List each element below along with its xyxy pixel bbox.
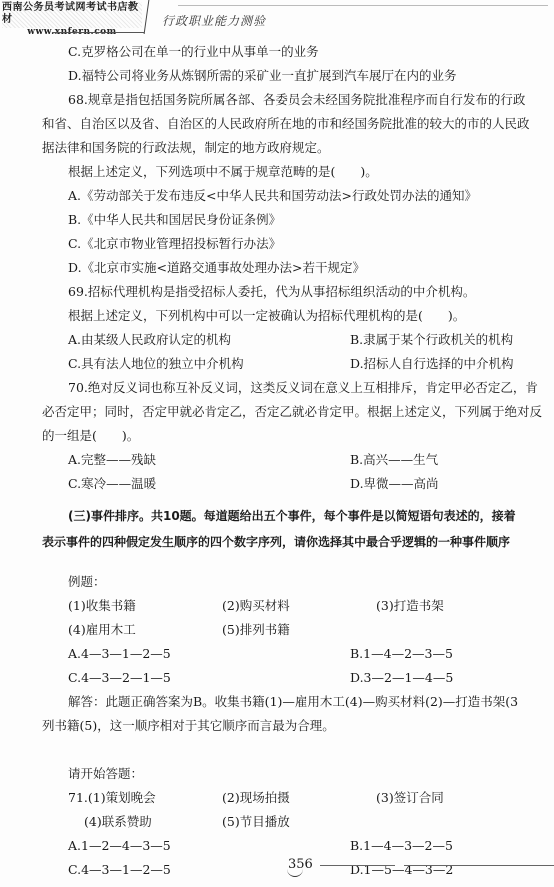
header-divider <box>144 0 150 34</box>
text-line: 71.(1)策划晚会 <box>68 790 156 806</box>
text-line: B.《中华人民共和国居民身份证条例》 <box>68 212 281 228</box>
book-title: 行政职业能力测验 <box>162 12 266 29</box>
text-line: 据法律和国务院的行政法规，制定的地方政府规定。 <box>42 140 330 156</box>
text-line: C.寒冷——温暖 <box>68 476 156 492</box>
text-line: (4)雇用木工 <box>68 622 136 638</box>
text-line: B.隶属于某个行政机关的机构 <box>350 332 513 348</box>
text-line: 70.绝对反义词也称互补反义词，这类反义词在意义上互相排斥，肯定甲必否定乙，肯 <box>68 380 538 396</box>
text-line: C.具有法人地位的独立中介机构 <box>68 356 244 372</box>
text-line: (2)购买材料 <box>222 598 290 614</box>
page-number-flourish <box>287 864 303 877</box>
publisher-stamp: 西南公务员考试网考试书店教材 www.xnfern.com <box>2 2 142 28</box>
footer-rule <box>320 865 395 866</box>
text-line: (5)节目播放 <box>222 814 290 830</box>
text-line: D.3—2—1—4—5 <box>350 670 453 686</box>
text-line: A.《劳动部关于发布违反<中华人民共和国劳动法>行政处罚办法的通知》 <box>68 188 477 204</box>
text-line: D.卑微——高尚 <box>350 476 439 492</box>
header-underline <box>52 32 144 33</box>
text-line: 的一组是( )。 <box>42 428 139 444</box>
page-footer: 356 <box>0 850 554 887</box>
page-header: 西南公务员考试网考试书店教材 www.xnfern.com 行政职业能力测验 <box>0 0 554 38</box>
text-line: A.完整——残缺 <box>68 452 156 468</box>
text-line: 例题： <box>68 574 106 590</box>
text-line: (3)打造书架 <box>376 598 444 614</box>
text-line: (5)排列书籍 <box>222 622 290 638</box>
section-heading-line: 表示事件的四种假定发生顺序的四个数字序列，请你选择其中最合乎逻辑的一种事件顺序 <box>42 534 510 550</box>
text-line: C.4—3—2—1—5 <box>68 670 171 686</box>
text-line: D.福特公司将业务从炼钢所需的采矿业一直扩展到汽车展厅在内的业务 <box>68 68 457 84</box>
text-line: 列书籍(5)，这一顺序相对于其它顺序而言最为合理。 <box>42 718 335 734</box>
text-line: D.招标人自行选择的中介机构 <box>350 356 514 372</box>
text-line: B.高兴——生气 <box>350 452 438 468</box>
text-line: C.克罗格公司在单一的行业中从事单一的业务 <box>68 44 319 60</box>
text-line: 根据上述定义，下列机构中可以一定被确认为招标代理机构的是( )。 <box>68 308 465 324</box>
text-line: B.1—4—2—3—5 <box>350 646 453 662</box>
text-line: 请开始答题： <box>68 766 143 782</box>
text-line: 必否定甲；同时，否定甲就必肯定乙，否定乙就必肯定甲。根据上述定义，下列属于绝对反 <box>42 404 542 420</box>
text-line: (4)联系赞助 <box>84 814 152 830</box>
text-line: (1)收集书籍 <box>68 598 136 614</box>
text-line: (3)签订合同 <box>376 790 444 806</box>
text-line: (2)现场拍摄 <box>222 790 290 806</box>
text-line: 根据上述定义，下列选项中不属于规章范畴的是( )。 <box>68 164 378 180</box>
text-line: 69.招标代理机构是指受招标人委托，代为从事招标组织活动的中介机构。 <box>68 284 475 300</box>
stamp-line-1: 西南公务员考试网考试书店教材 <box>2 2 142 26</box>
header-rule <box>178 5 548 6</box>
text-line: 解答：此题正确答案为B。收集书籍(1)—雇用木工(4)—购买材料(2)—打造书架… <box>68 694 518 710</box>
section-heading-line: (三)事件排序。共10题。每道题给出五个事件，每个事件是以简短语句表述的，接着 <box>68 508 516 524</box>
footer-rule <box>404 865 554 866</box>
text-line: A.4—3—1—2—5 <box>68 646 171 662</box>
text-line: D.《北京市实施<道路交通事故处理办法>若干规定》 <box>68 260 365 276</box>
text-line: 和省、自治区以及省、自治区的人民政府所在地的市和经国务院批准的较大的市的人民政 <box>42 116 530 132</box>
text-line: C.《北京市物业管理招投标暂行办法》 <box>68 236 281 252</box>
text-line: A.由某级人民政府认定的机构 <box>68 332 231 348</box>
text-line: 68.规章是指包括国务院所属各部、各委员会未经国务院批准程序而自行发布的行政 <box>68 92 525 108</box>
